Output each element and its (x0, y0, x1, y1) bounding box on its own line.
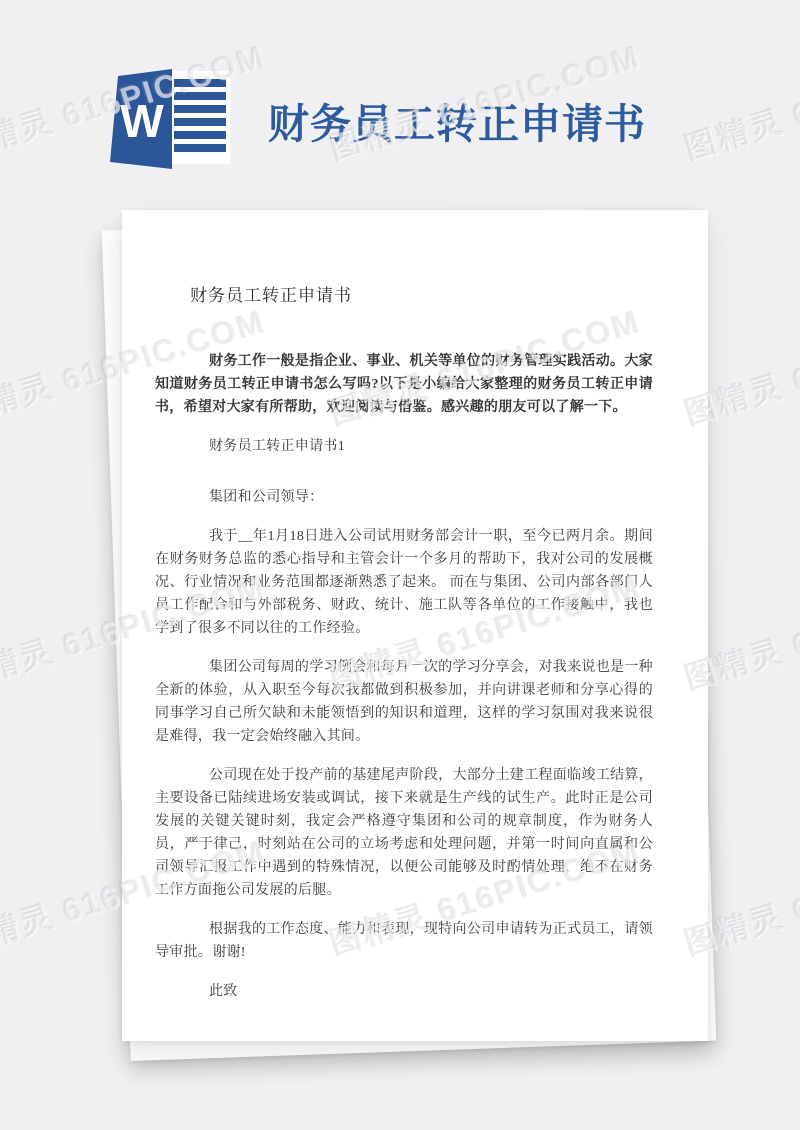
watermark-text: 图精灵 616PIC.COM (678, 32, 800, 170)
paragraph-salutation: 集团和公司领导： (155, 486, 653, 509)
document-body: 财务工作一般是指企业、事业、机关等单位的财务管理实践活动。大家知道财务员工转正申… (155, 350, 653, 1003)
word-logo-letter: W (120, 95, 164, 147)
paragraph-body: 公司现在处于投产前的基建尾声阶段，大部分土建工程面临竣工结算，主要设备已陆续进场… (155, 764, 653, 902)
paragraph-body: 根据我的工作态度、能力和表现，现特向公司申请转为正式员工，请领导审批。谢谢! (155, 918, 653, 964)
paragraph-subtitle: 财务员工转正申请书1 (155, 435, 653, 458)
word-logo-icon: W (106, 64, 238, 176)
page-background: W 财务员工转正申请书 财务员工转正申请书 财务工作一般是指企业、事业、机关等单… (0, 0, 800, 1130)
paragraph-closing: 此致 (155, 980, 653, 1003)
document-title: 财务员工转正申请书 (155, 281, 653, 306)
page-title: 财务员工转正申请书 (268, 91, 646, 150)
paragraph-body: 我于__年1月18日进入公司试用财务部会计一职，至今已两月余。期间在财务财务总监… (155, 525, 653, 640)
header: W 财务员工转正申请书 (106, 64, 646, 176)
paragraph-intro: 财务工作一般是指企业、事业、机关等单位的财务管理实践活动。大家知道财务员工转正申… (155, 350, 653, 419)
paragraph-body: 集团公司每周的学习例会和每月一次的学习分享会，对我来说也是一种全新的体验，从入职… (155, 656, 653, 748)
document-page: 财务员工转正申请书 财务工作一般是指企业、事业、机关等单位的财务管理实践活动。大… (122, 210, 708, 1041)
